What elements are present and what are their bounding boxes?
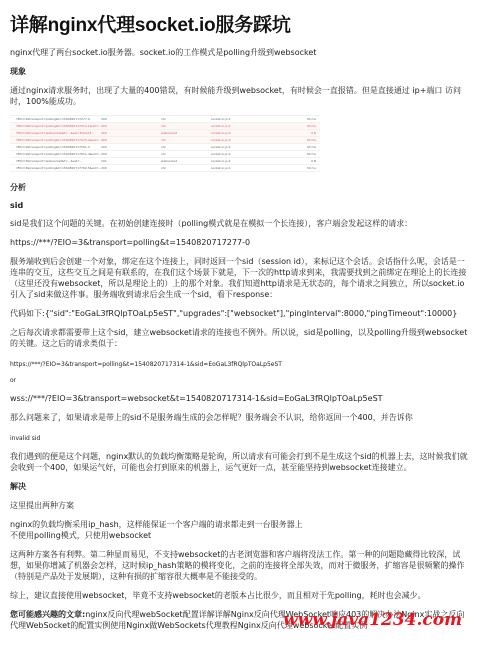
network-cell-initiator: socket.io.js:2 [211,116,291,122]
network-cell-initiator: socket.io.js:2 [211,158,291,164]
analysis-p2: 服务端收到后会创建一个对象，绑定在这个连接上，同时返回一个sid（session… [10,256,471,300]
network-cell-time: 30 ms [291,116,316,122]
network-cell-status: 200 [101,151,161,157]
solution-p2: 这两种方案各有利弊。第二种显而易见，不支持websocket的古老浏览器和客户端… [10,549,471,582]
network-cell-initiator: socket.io.js:2 [211,165,291,171]
article-title: 详解nginx代理socket.io服务踩坑 [10,10,471,37]
solution-p1: 这里提出两种方案 [10,500,471,511]
network-cell-time: 30 ms [291,123,316,129]
article: 详解nginx代理socket.io服务踩坑 nginx代理了两台socket.… [0,0,481,631]
network-cell-type: xhr [161,116,211,122]
network-cell-time: 30 ms [291,144,316,150]
network-cell-time: 30 ms [291,151,316,157]
heading-solution: 解决 [10,481,471,492]
network-cell-name: ?EIO=3&transport=websocket&t=...&sid=EoG… [10,130,101,136]
solution-p3: 综上，建议直接使用websocket，毕竟不支持websocket的老版本占比很… [10,590,471,601]
heading-analysis: 分析 [10,182,471,193]
network-row: ?EIO=3&transport=polling&t=1540820717611… [10,151,320,158]
related-label: 您可能感兴趣的文章: [10,610,85,619]
network-cell-name: ?EIO=3&transport=polling&t=1540820717501… [10,144,101,150]
network-cell-time: 30 ms [291,165,316,171]
network-cell-name: ?EIO=3&transport=polling&t=1540820717314… [10,123,101,129]
network-cell-initiator: socket.io.js:2 [211,130,291,136]
network-cell-status: 400 [101,130,161,136]
network-cell-type: xhr [161,165,211,171]
network-cell-name: ?EIO=3&transport=polling&t=1540820717277… [10,116,101,122]
phenomenon-text: 通过nginx请求服务时，出现了大量的400错误，有时候能升级到websocke… [10,85,471,107]
network-cell-status: 400 [101,123,161,129]
solution-option-1: nginx的负载均衡采用ip_hash，这样能保证一个客户端的请求都走到一台服务… [10,519,471,530]
analysis-p3: 之后每次请求都需要带上这个sid，建立websocket请求的连接也不例外。所以… [10,327,471,349]
network-cell-type: xhr [161,123,211,129]
network-cell-status: 200 [101,144,161,150]
network-cell-initiator: socket.io.js:2 [211,123,291,129]
heading-phenomenon: 现象 [10,66,471,77]
network-cell-status: 200 [101,116,161,122]
network-cell-time: 0 B [291,158,316,164]
network-cell-type: xhr [161,151,211,157]
network-row: ?EIO=3&transport=websocket&t=...&sid=EoG… [10,130,320,137]
network-cell-type: xhr [161,144,211,150]
network-cell-initiator: socket.io.js:2 [211,137,291,143]
network-cell-type: xhr [161,137,211,143]
network-row: ?EIO=3&transport=polling&t=1540820717314… [10,123,320,130]
network-row: ?EIO=3&transport=websocket&t=...&sid=...… [10,158,320,165]
network-cell-type: websocket [161,158,211,164]
network-cell-status: 200 [101,165,161,171]
subheading-sid: sid [10,201,471,210]
network-cell-name: ?EIO=3&transport=polling&t=1540820717611… [10,151,101,157]
response-code: 代码如下:{"sid":"EoGaL3fRQlpTOaLp5eST","upgr… [10,308,471,319]
network-cell-type: websocket [161,130,211,136]
network-cell-name: ?EIO=3&transport=polling&t=1540820717415… [10,137,101,143]
url-polling-sid: https://***/?EIO=3&transport=polling&t=1… [10,361,471,369]
network-row: ?EIO=3&transport=polling&t=1540820717501… [10,144,320,151]
solution-option-2: 不使用polling模式，只使用websocket [10,530,471,541]
network-cell-status: 101 [101,158,161,164]
network-cell-time: 0 B [291,130,316,136]
analysis-p1: sid是我们这个问题的关键。在初始创建连接时（polling模式就是在模拟一个长… [10,218,471,229]
analysis-p5: 我们遇到的便是这个问题，nginx默认的负载均衡策略是轮询，所以请求有可能会打到… [10,451,471,473]
url-websocket-sid: wss://***/?EIO=3&transport=websocket&t=1… [10,393,471,404]
network-cell-status: 400 [101,137,161,143]
network-row: ?EIO=3&transport=polling&t=1540820717702… [10,165,320,172]
url-polling: https://***/?EIO=3&transport=polling&t=1… [10,237,471,248]
analysis-p4: 那么问题来了，如果请求是带上的sid不是服务端生成的会怎样呢？服务端会不认识，给… [10,412,471,423]
network-row: ?EIO=3&transport=polling&t=1540820717277… [10,116,320,123]
network-screenshot-table: ?EIO=3&transport=polling&t=1540820717277… [10,115,320,172]
network-cell-time: 30 ms [291,137,316,143]
network-row: ?EIO=3&transport=polling&t=1540820717415… [10,137,320,144]
network-cell-initiator: socket.io.js:2 [211,144,291,150]
network-cell-name: ?EIO=3&transport=polling&t=1540820717702… [10,165,101,171]
watermark: www.java1234.com [283,610,462,630]
intro-text: nginx代理了两台socket.io服务器。socket.io的工作模式是po… [10,47,471,58]
network-cell-name: ?EIO=3&transport=websocket&t=...&sid=... [10,158,101,164]
or-text: or [10,377,471,385]
invalid-sid-text: invalid sid [10,435,471,443]
network-cell-initiator: socket.io.js:2 [211,151,291,157]
